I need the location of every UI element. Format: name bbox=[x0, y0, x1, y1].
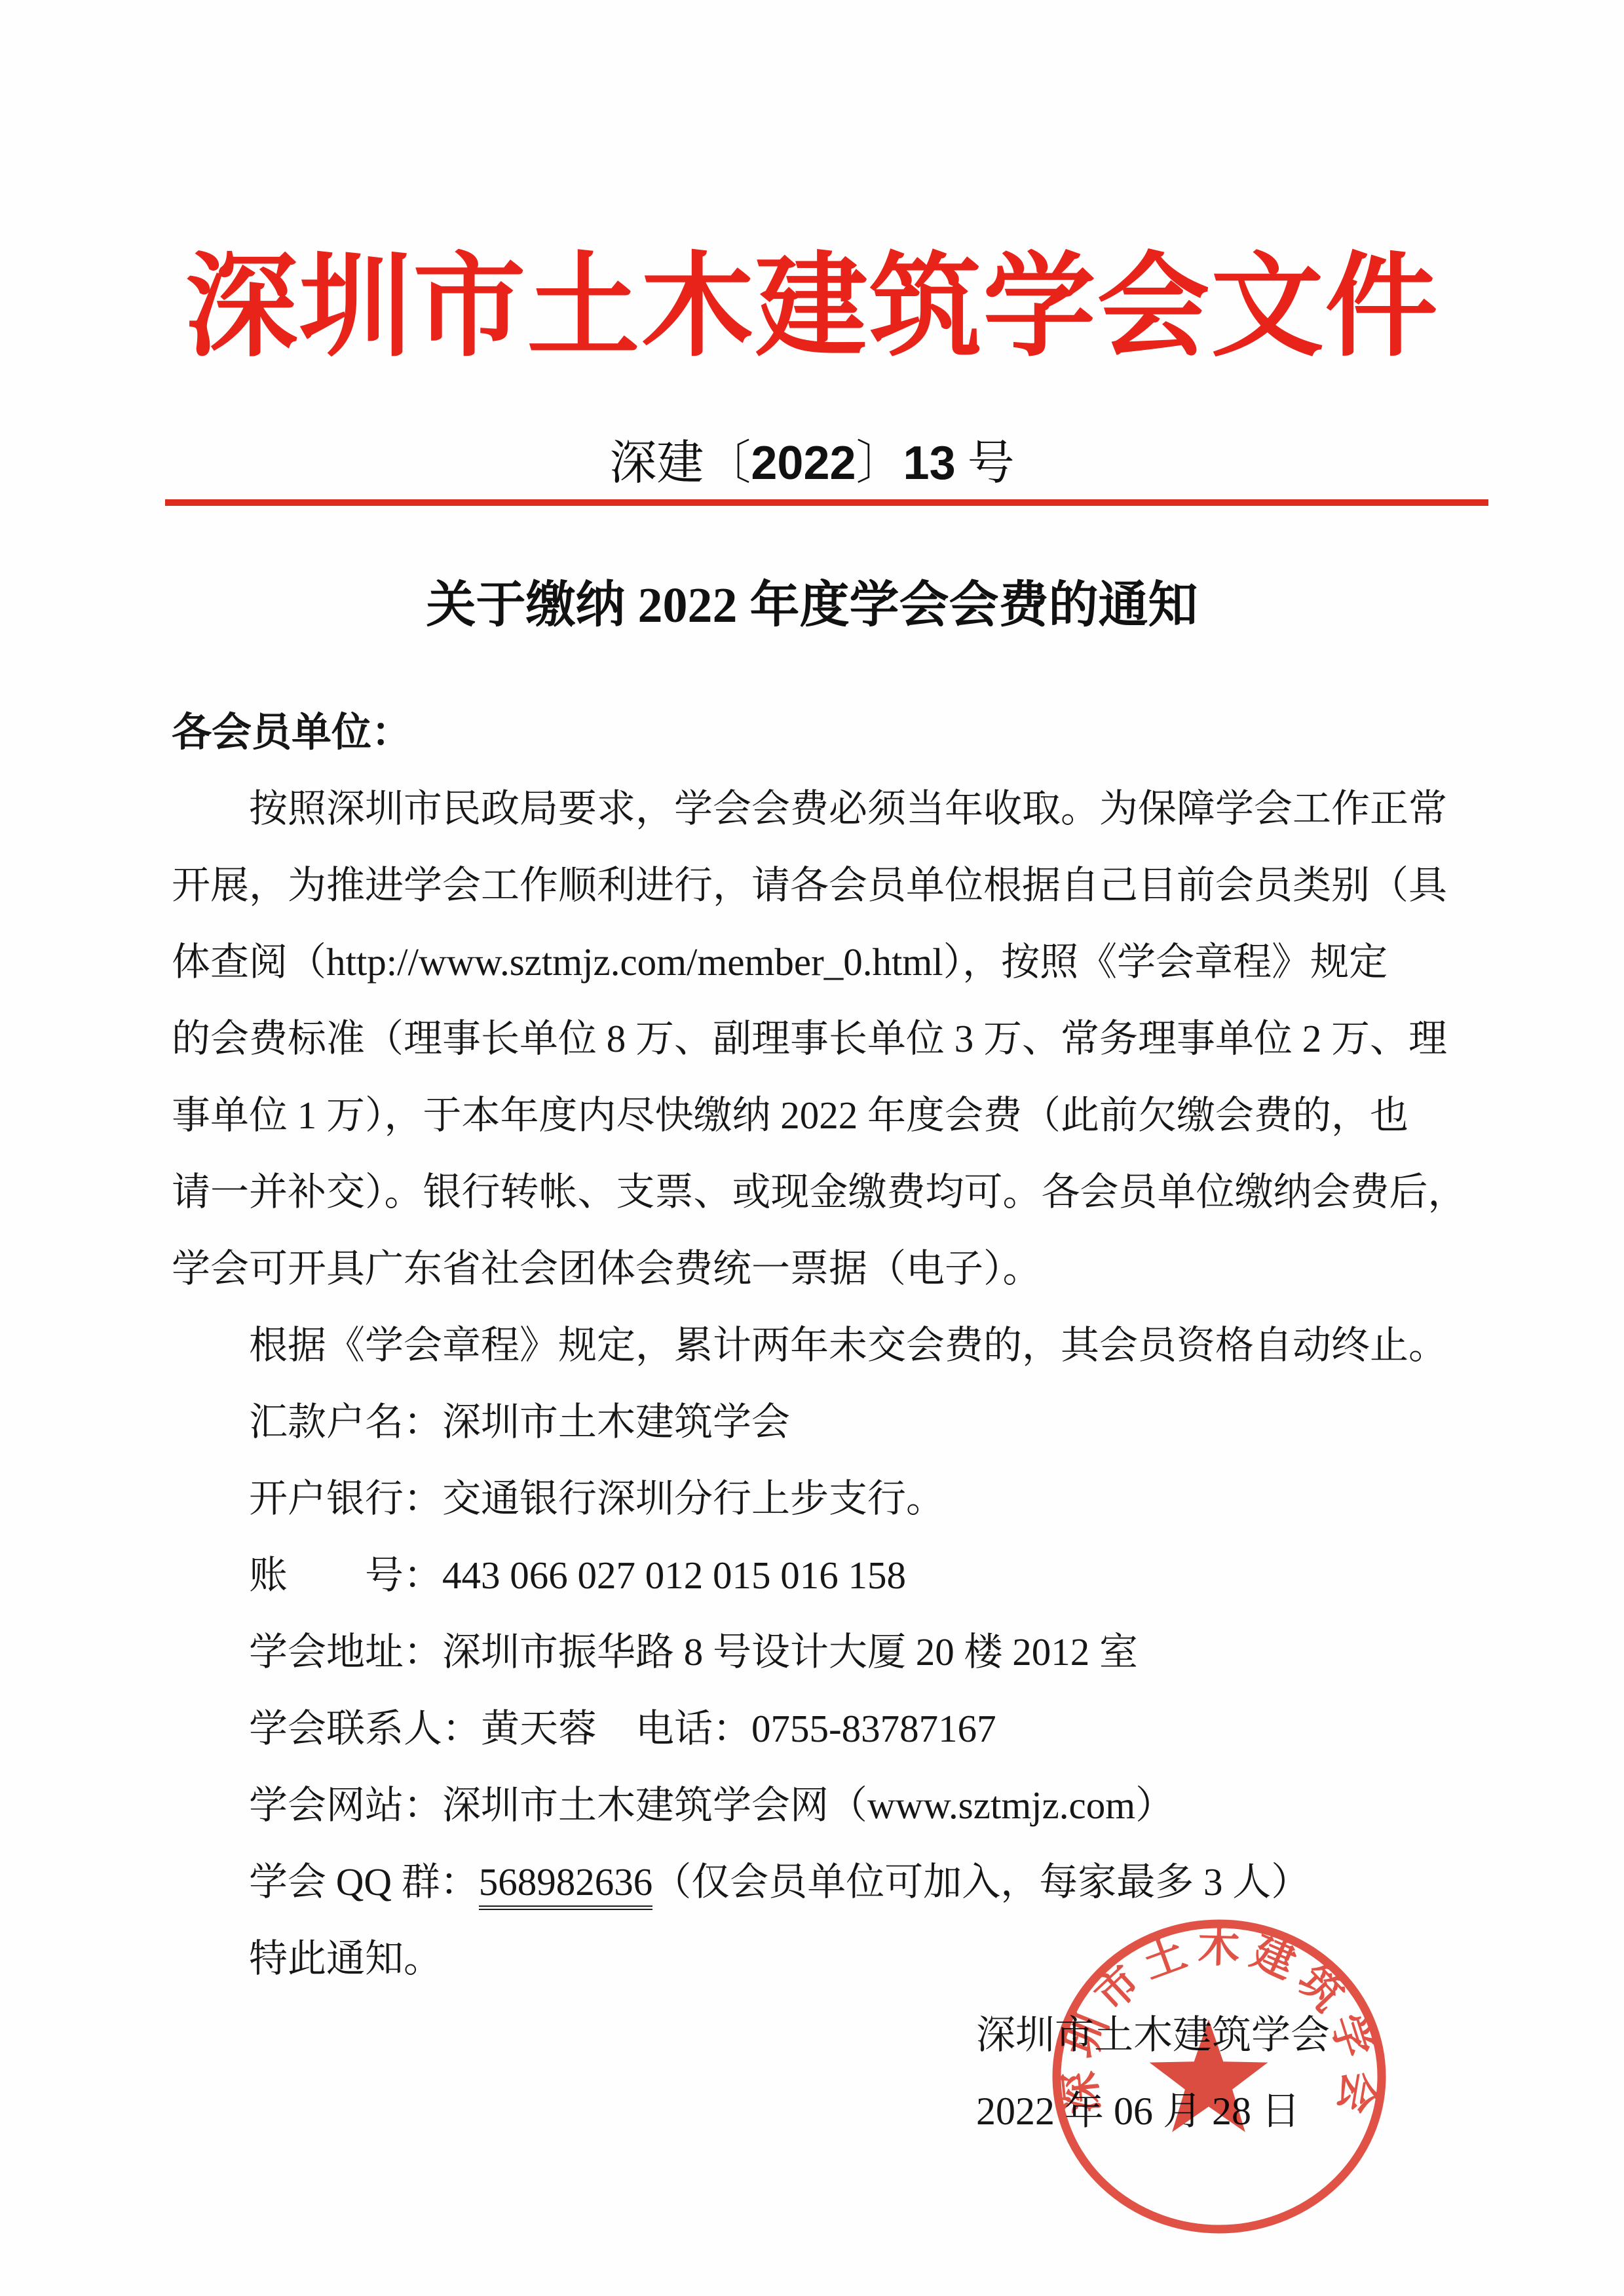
qq-group-line: 学会 QQ 群：568982636（仅会员单位可加入，每家最多 3 人） bbox=[172, 1844, 1472, 1921]
qq-group-number: 568982636 bbox=[479, 1860, 653, 1910]
body-line-4: 的会费标准（理事长单位 8 万、副理事长单位 3 万、常务理事单位 2 万、理 bbox=[172, 1001, 1472, 1077]
org-header-title: 深圳市土木建筑学会文件 bbox=[0, 216, 1624, 378]
document-page: 深圳市土木建筑学会文件 深建〔2022〕13 号 关于缴纳 2022 年度学会会… bbox=[0, 0, 1624, 2296]
body-line-3: 体查阅（http://www.sztmjz.com/member_0.html）… bbox=[172, 924, 1472, 1001]
qq-group-label: 学会 QQ 群： bbox=[249, 1860, 479, 1904]
salutation-line: 各会员单位： bbox=[172, 694, 1472, 771]
body-line-5: 事单位 1 万），于本年度内尽快缴纳 2022 年度会费（此前欠缴会费的，也 bbox=[172, 1077, 1472, 1154]
qq-group-note: （仅会员单位可加入，每家最多 3 人） bbox=[652, 1860, 1310, 1904]
red-divider-rule bbox=[165, 499, 1488, 506]
doc-number-year: 2022 bbox=[751, 437, 856, 489]
body-line-termination-rule: 根据《学会章程》规定，累计两年未交会费的，其会员资格自动终止。 bbox=[172, 1307, 1472, 1384]
contact-phone-line: 学会联系人：黄天蓉 电话：0755-83787167 bbox=[172, 1691, 1472, 1767]
website-line: 学会网站：深圳市土木建筑学会网（www.sztmjz.com） bbox=[172, 1767, 1472, 1844]
closing-line: 特此通知。 bbox=[172, 1921, 1472, 1997]
bank-line: 开户银行：交通银行深圳分行上步支行。 bbox=[172, 1461, 1472, 1537]
body-line-1: 按照深圳市民政局要求，学会会费必须当年收取。为保障学会工作正常 bbox=[172, 771, 1472, 847]
doc-number: 深建〔2022〕13 号 bbox=[0, 425, 1624, 493]
body-line-7: 学会可开具广东省社会团体会费统一票据（电子）。 bbox=[172, 1231, 1472, 1307]
notice-body: 各会员单位： 按照深圳市民政局要求，学会会费必须当年收取。为保障学会工作正常 开… bbox=[172, 694, 1472, 1997]
address-line: 学会地址：深圳市振华路 8 号设计大厦 20 楼 2012 室 bbox=[172, 1614, 1472, 1691]
signature-date: 2022 年 06 月 28 日 bbox=[976, 2080, 1300, 2136]
account-number-line: 账 号：443 066 027 012 015 016 158 bbox=[172, 1537, 1472, 1614]
body-line-6: 请一并补交）。银行转帐、支票、或现金缴费均可。各会员单位缴纳会费后， bbox=[172, 1154, 1472, 1231]
body-line-2: 开展，为推进学会工作顺利进行，请各会员单位根据自己目前会员类别（具 bbox=[172, 847, 1472, 924]
signature-org-name: 深圳市土木建筑学会 bbox=[976, 2004, 1330, 2060]
doc-number-suffix: 号 bbox=[956, 437, 1015, 489]
doc-number-bracket: 〕 bbox=[856, 437, 903, 489]
remit-name-line: 汇款户名：深圳市土木建筑学会 bbox=[172, 1384, 1472, 1461]
doc-number-prefix: 深建〔 bbox=[609, 437, 751, 489]
doc-number-serial: 13 bbox=[903, 437, 956, 489]
notice-title: 关于缴纳 2022 年度学会会费的通知 bbox=[0, 565, 1624, 636]
